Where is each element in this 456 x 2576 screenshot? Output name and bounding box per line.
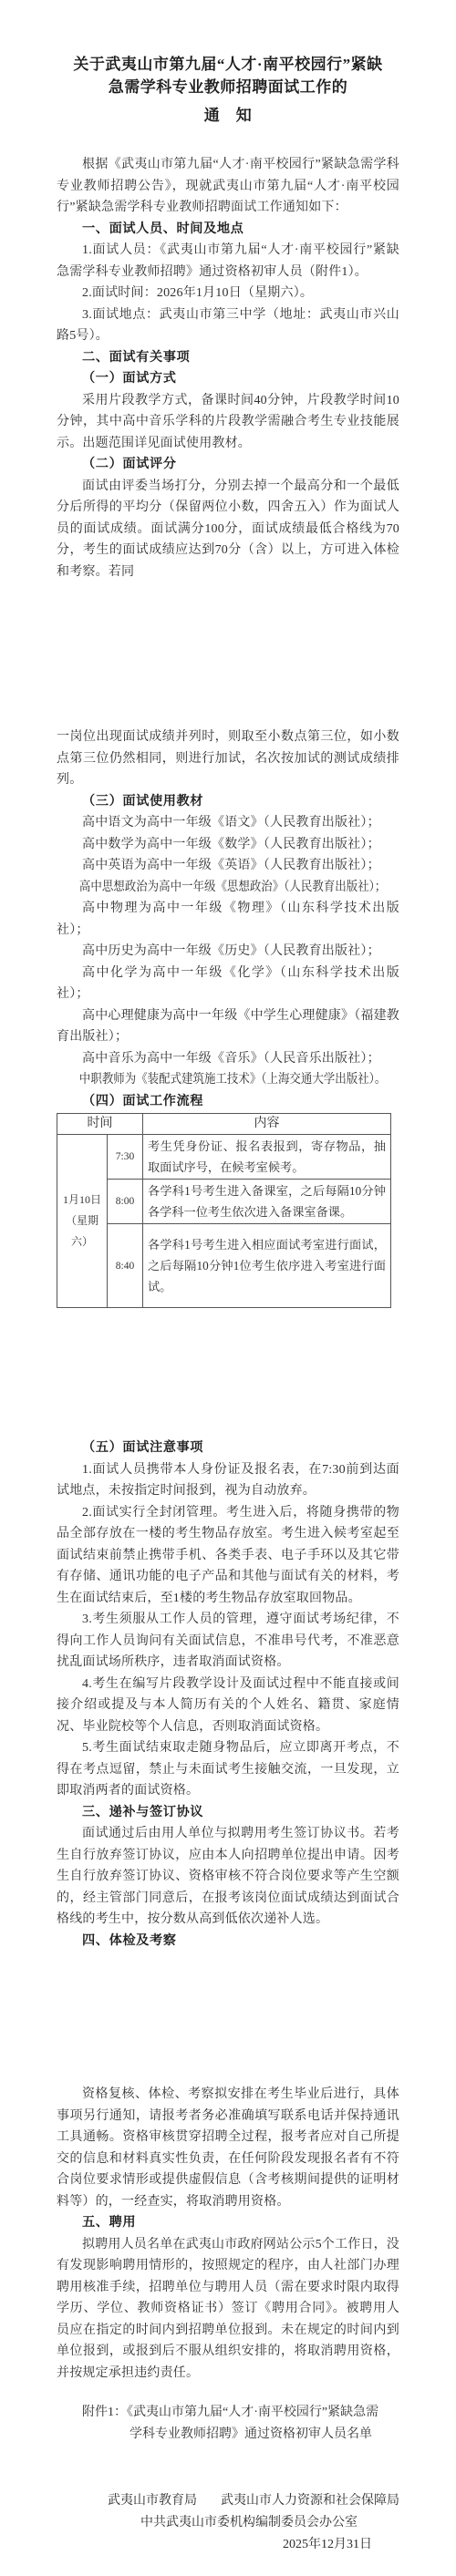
attachment-reference: 附件1：《武夷山市第九届“人才·南平校园行”紧缺急需 学科专业教师招聘》通过资格…	[57, 2402, 399, 2445]
table-time-cell: 7:30	[108, 1135, 143, 1180]
page-break-gap-2	[57, 1308, 399, 1437]
attachment-line-1: 附件1：《武夷山市第九届“人才·南平校园行”紧缺急需	[57, 2402, 399, 2424]
section-2-1-heading: （一）面试方式	[57, 368, 399, 390]
table-time-cell: 8:00	[108, 1180, 143, 1224]
material-item: 中职教师为《装配式建筑施工技术》（上海交通大学出版社）。	[57, 1069, 362, 1091]
section-3-heading: 三、递补与签订协议	[57, 1802, 399, 1824]
table-header-row: 时间 内容	[57, 1114, 391, 1135]
signature-org-2: 武夷山市人力资源和社会保障局	[221, 2490, 399, 2512]
table-header-time: 时间	[57, 1114, 143, 1135]
note-item: 3.考生须服从工作人员的管理，遵守面试考场纪律，不得向工作人员询问有关面试信息，…	[57, 1609, 399, 1674]
signature-date: 2025年12月31日	[57, 2534, 399, 2556]
section-4-heading: 四、体检及考察	[57, 1931, 399, 1953]
page-break-gap-1	[57, 582, 399, 726]
note-item: 5.考生面试结束取走随身物品后，应立即离开考点，不得在考点逗留，禁止与未面试考生…	[57, 1737, 399, 1802]
table-header-content: 内容	[143, 1114, 391, 1135]
section-2-5-heading: （五）面试注意事项	[57, 1437, 399, 1459]
note-item: 1.面试人员携带本人身份证及报名表，在7:30前到达面试地点，未按指定时间报到，…	[57, 1459, 399, 1502]
table-time-cell: 8:40	[108, 1224, 143, 1308]
table-date-line-2: （星期六）	[58, 1211, 106, 1252]
section-4-text: 资格复核、体检、考察拟安排在考生毕业后进行，具体事项另行通知，请报考者务必准确填…	[57, 2084, 399, 2212]
table-date-line-1: 1月10日	[58, 1190, 106, 1211]
section-5-text: 拟聘用人员名单在武夷山市政府网站公示5个工作日，没有发现影响聘用情形的，按照规定…	[57, 2234, 399, 2385]
signature-org-1: 武夷山市教育局	[108, 2490, 197, 2512]
table-content-cell: 各学科1号考生进入备课室，之后每隔10分钟各学科一位考生依次进入备课室备课。	[143, 1180, 391, 1224]
table-content-cell: 考生凭身份证、报名表报到，寄存物品，抽取面试序号，在候考室候考。	[143, 1135, 391, 1180]
attachment-line-2: 学科专业教师招聘》通过资格初审人员名单	[57, 2424, 399, 2446]
paragraph-intro: 根据《武夷山市第九届“人才·南平校园行”紧缺急需学科专业教师招聘公告》，现就武夷…	[57, 154, 399, 219]
schedule-table: 时间 内容 1月10日 （星期六） 7:30 考生凭身份证、报名表报到，寄存物品…	[57, 1113, 391, 1308]
note-item: 4.考生在编写片段教学设计及面试过程中不能直接或间接介绍或提及与本人简历有关的个…	[57, 1674, 399, 1738]
section-1-item-2: 2.面试时间：2026年1月10日（星期六）。	[57, 283, 399, 304]
signature-orgs-row: 武夷山市教育局 武夷山市人力资源和社会保障局	[82, 2490, 425, 2512]
section-2-2-text-part2: 一岗位出现面试成绩并列时，则取至小数点第三位，如小数点第三位仍然相同，则进行加试…	[57, 726, 399, 791]
note-item: 2.面试实行全封闭管理。考生进入后，将随身携带的物品全部存放在一楼的考生物品存放…	[57, 1502, 399, 1610]
signature-block: 武夷山市教育局 武夷山市人力资源和社会保障局 中共武夷山市委机构编制委员会办公室…	[57, 2490, 399, 2556]
notice-document-page: 关于武夷山市第九届“人才·南平校园行”紧缺 急需学科专业教师招聘面试工作的 通 …	[0, 0, 456, 2576]
material-item: 高中语文为高中一年级《语文》（人民教育出版社）；	[57, 812, 399, 834]
doc-title-line-2: 急需学科专业教师招聘面试工作的	[0, 76, 456, 98]
page-break-gap-3	[57, 1952, 399, 2084]
section-5-heading: 五、聘用	[57, 2212, 399, 2234]
section-2-heading: 二、面试有关事项	[57, 347, 399, 369]
section-3-text: 面试通过后由用人单位与拟聘用考生签订协议书。若考生自行放弃签订协议，应由本人向招…	[57, 1823, 399, 1931]
material-item: 高中物理为高中一年级《物理》（山东科学技术出版社）；	[57, 898, 399, 941]
section-2-2-text-part1: 面试由评委当场打分，分别去掉一个最高分和一个最低分后所得的平均分（保留两位小数，…	[57, 476, 399, 583]
top-margin	[0, 0, 456, 53]
doc-body: 根据《武夷山市第九届“人才·南平校园行”紧缺急需学科专业教师招聘公告》，现就武夷…	[57, 154, 399, 2556]
table-date-cell: 1月10日 （星期六）	[57, 1135, 108, 1308]
table-row: 8:40 各学科1号考生进入相应面试考室进行面试，之后每隔10分钟1位考生依序进…	[57, 1224, 391, 1308]
material-item: 高中历史为高中一年级《历史》（人民教育出版社）；	[57, 941, 399, 963]
material-item: 高中化学为高中一年级《化学》（山东科学技术出版社）；	[57, 963, 399, 1005]
section-2-1-text: 采用片段教学方式，备课时间40分钟，片段教学时间10分钟，其中高中音乐学科的片段…	[57, 390, 399, 455]
section-1-item-3: 3.面试地点：武夷山市第三中学（地址：武夷山市兴山路5号）。	[57, 304, 399, 347]
section-2-2-heading: （二）面试评分	[57, 454, 399, 476]
section-2-3-heading: （三）面试使用教材	[57, 791, 399, 813]
material-item: 高中数学为高中一年级《数学》（人民教育出版社）；	[57, 834, 399, 856]
doc-title-line-1: 关于武夷山市第九届“人才·南平校园行”紧缺	[0, 53, 456, 76]
title-body-gap	[0, 127, 456, 154]
table-content-cell: 各学科1号考生进入相应面试考室进行面试，之后每隔10分钟1位考生依序进入考室进行…	[143, 1224, 391, 1308]
material-item: 高中英语为高中一年级《英语》（人民教育出版社）；	[57, 855, 399, 877]
table-row: 1月10日 （星期六） 7:30 考生凭身份证、报名表报到，寄存物品，抽取面试序…	[57, 1135, 391, 1180]
material-item: 高中心理健康为高中一年级《中学生心理健康》（福建教育出版社）；	[57, 1005, 399, 1048]
table-row: 8:00 各学科1号考生进入备课室，之后每隔10分钟各学科一位考生依次进入备课室…	[57, 1180, 391, 1224]
section-2-4-heading: （四）面试工作流程	[57, 1091, 399, 1113]
signature-org-3: 中共武夷山市委机构编制委员会办公室	[78, 2512, 420, 2534]
material-item: 高中音乐为高中一年级《音乐》（人民音乐出版社）；	[57, 1048, 399, 1070]
material-item: 高中思想政治为高中一年级《思想政治》（人民教育出版社）；	[57, 877, 362, 899]
section-1-heading: 一、面试人员、时间及地点	[57, 219, 399, 241]
doc-title-line-3: 通 知	[0, 104, 456, 127]
section-1-item-1: 1.面试人员：《武夷山市第九届“人才·南平校园行”紧缺急需学科专业教师招聘》通过…	[57, 240, 399, 283]
